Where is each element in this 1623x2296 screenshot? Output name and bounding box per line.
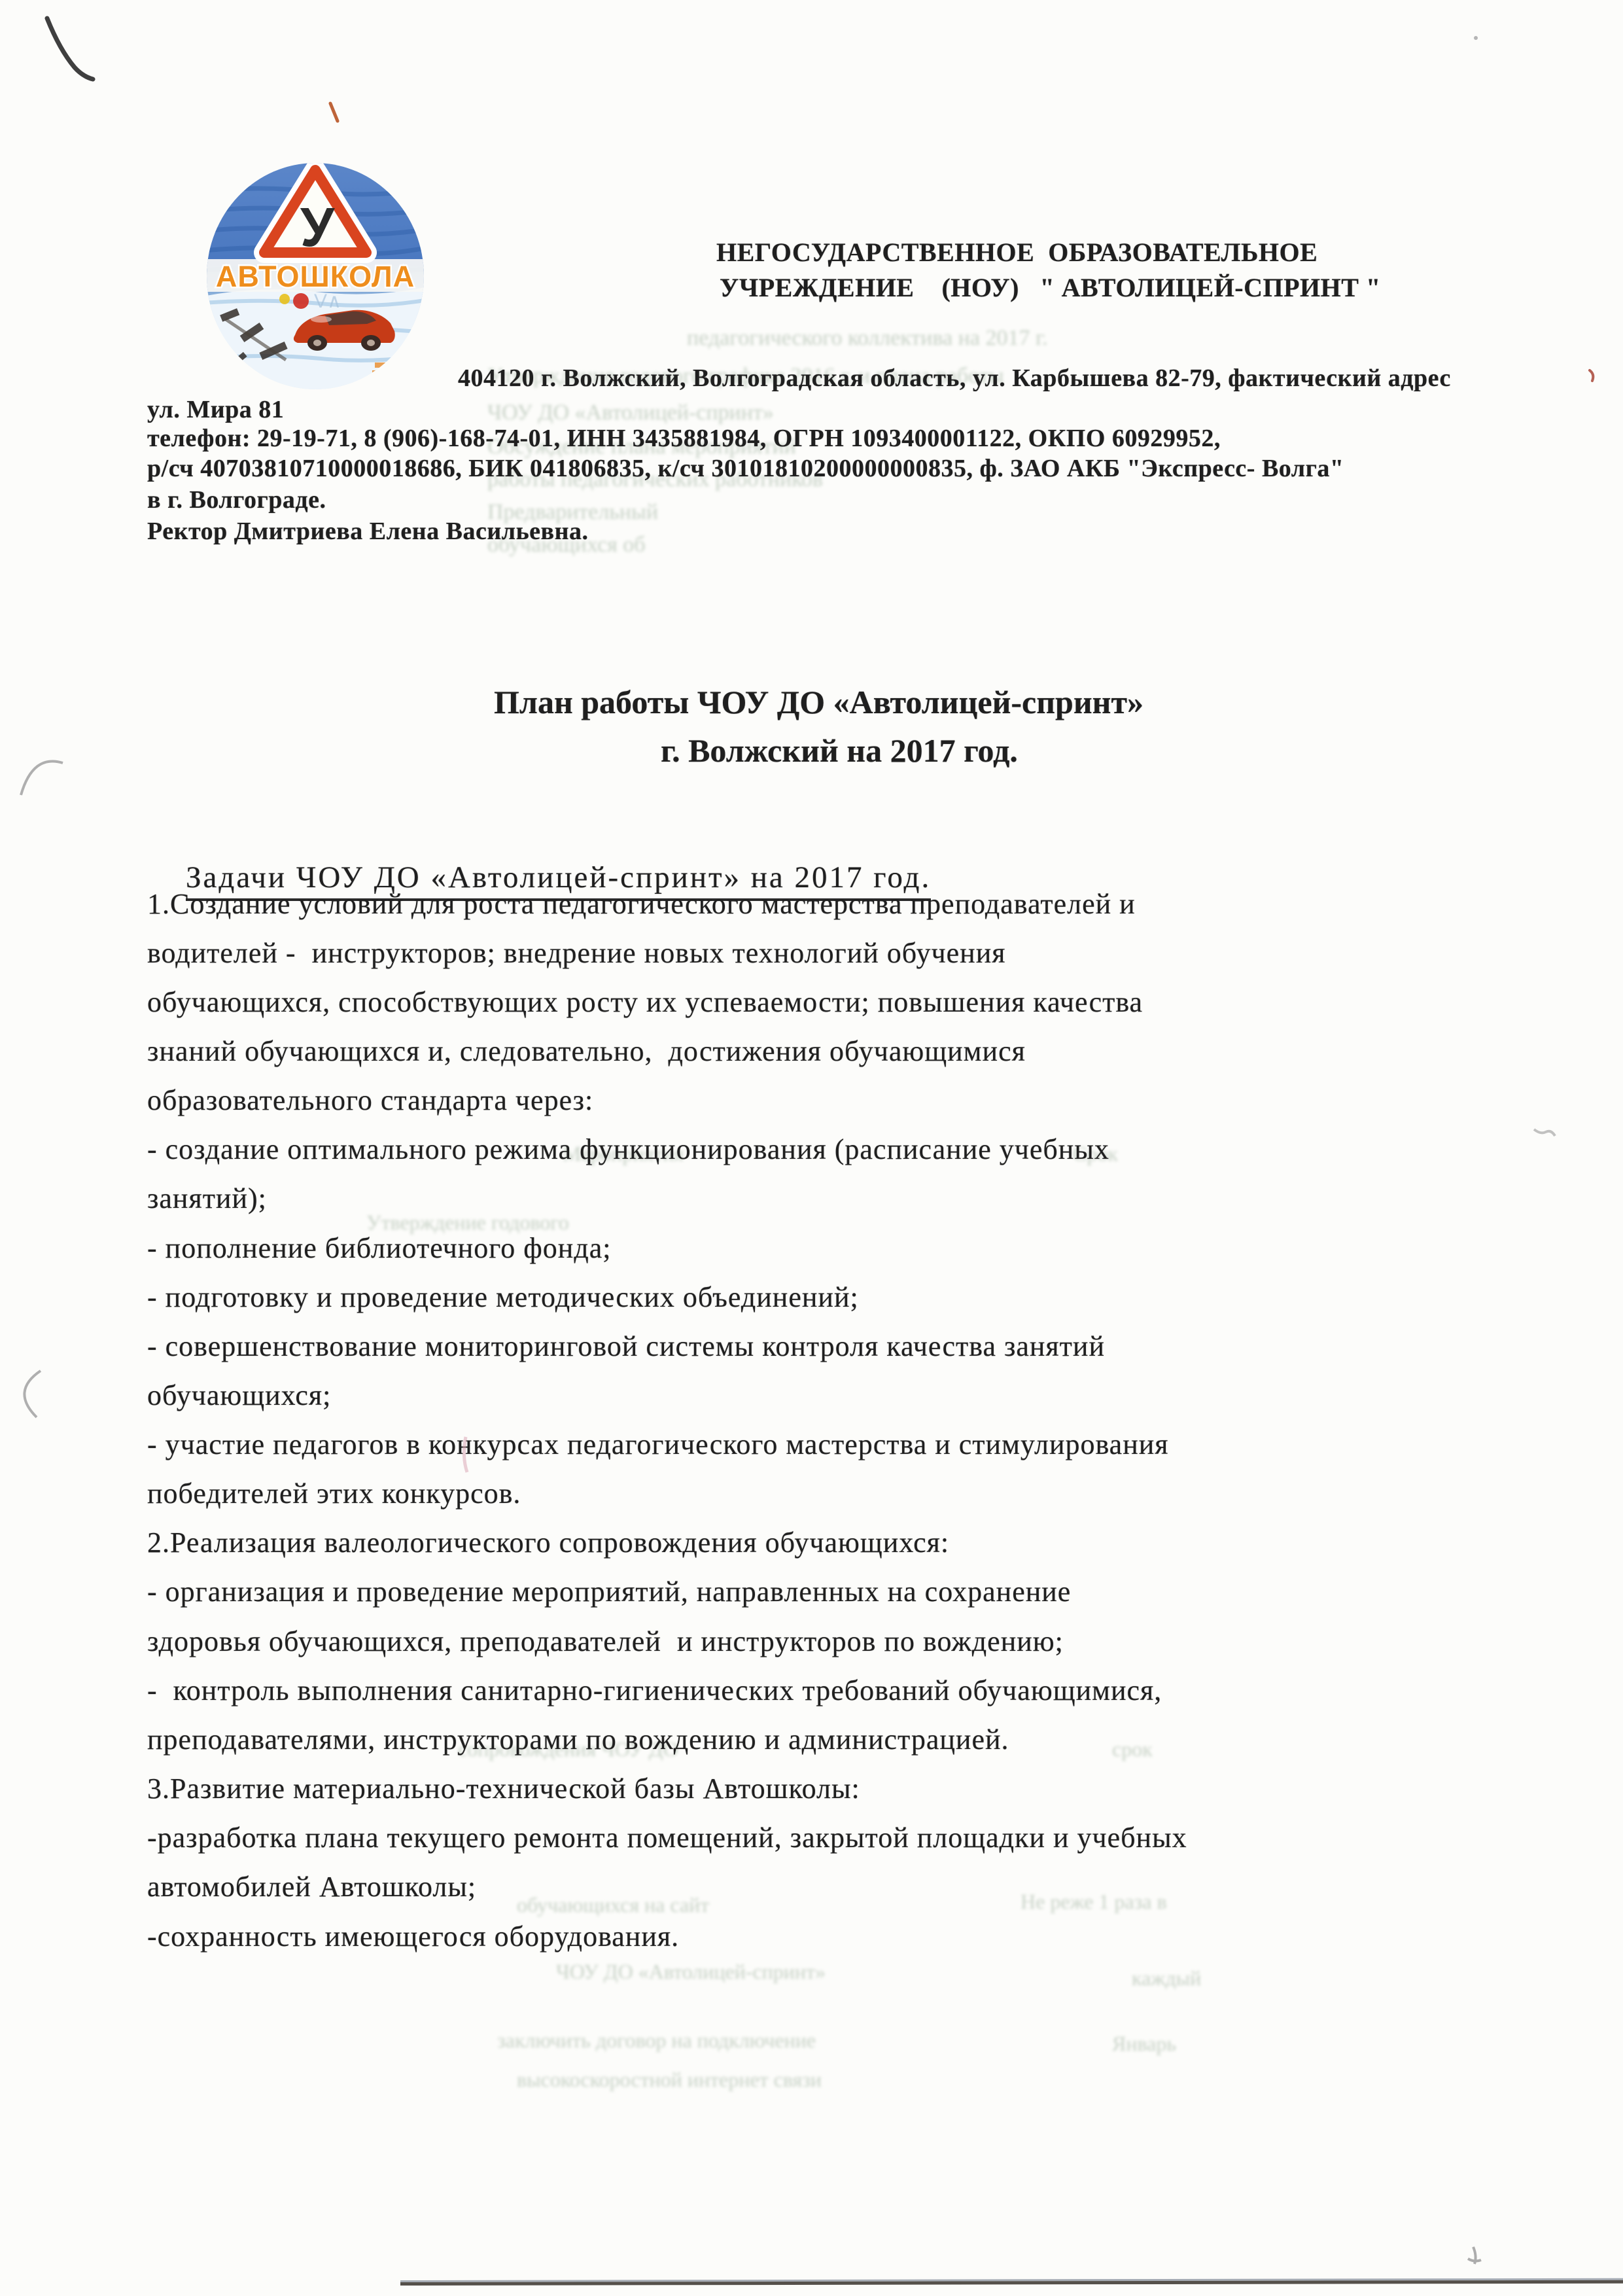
address-line-4: р/сч 40703810710000018686, БИК 041806835…: [147, 454, 1344, 483]
scanned-document-page: педагогического коллектива на 2017 г.Утв…: [0, 0, 1623, 2296]
body-line: водителей - инструкторов; внедрение новы…: [147, 936, 1005, 970]
bleedthrough-text: каждый: [1132, 1966, 1201, 1990]
logo-school-text: АВТОШКОЛА: [216, 260, 415, 293]
bleedthrough-text: обучающихся на сайт: [517, 1893, 709, 1917]
bleedthrough-text: педагогического коллектива на 2017 г.: [687, 326, 1048, 351]
bleedthrough-text: ЧОУ ДО «Автолицей-спринт»: [556, 1960, 826, 1984]
body-line: - пополнение библиотечного фонда;: [147, 1231, 611, 1265]
logo-watermark-letters: V∧: [314, 291, 341, 312]
logo-red-dot: [293, 293, 309, 309]
learner-sign-letter: У: [300, 196, 336, 258]
body-line: 3.Развитие материально-технической базы …: [147, 1772, 860, 1805]
bleedthrough-text: Январь: [1112, 2032, 1176, 2056]
address-line-3: телефон: 29-19-71, 8 (906)-168-74-01, ИН…: [147, 424, 1221, 453]
logo-yellow-dot: [279, 294, 290, 304]
org-name-line2: УЧРЕЖДЕНИЕ (НОУ) " АВТОЛИЦЕЙ-СПРИНТ ": [720, 272, 1381, 303]
body-line: - подготовку и проведение методических о…: [147, 1280, 859, 1314]
body-line: - создание оптимального режима функциони…: [147, 1133, 1109, 1166]
body-line: - участие педагогов в конкурсах педагоги…: [147, 1428, 1169, 1461]
body-line: занятий);: [147, 1182, 267, 1215]
address-line-1: 404120 г. Волжский, Волгоградская област…: [458, 364, 1451, 393]
body-line: автомобилей Автошколы;: [147, 1870, 476, 1903]
bleedthrough-text: ЧОУ ДО «Автолицей-спринт»: [487, 400, 774, 425]
bleedthrough-text: срок: [1112, 1737, 1153, 1761]
body-line: -разработка плана текущего ремонта помещ…: [147, 1821, 1187, 1854]
document-title-line1: План работы ЧОУ ДО «Автолицей-спринт»: [494, 683, 1143, 721]
body-line: обучающихся;: [147, 1379, 331, 1412]
bleedthrough-text: Не реже 1 раза в: [1021, 1890, 1167, 1914]
driving-school-logo: У АВТОШКОЛА V∧: [206, 162, 425, 390]
body-line: знаний обучающихся и, следовательно, дос…: [147, 1034, 1026, 1068]
body-line: здоровья обучающихся, преподавателей и и…: [147, 1625, 1064, 1658]
body-line: преподавателями, инструкторами по вожден…: [147, 1723, 1009, 1756]
bleedthrough-text: заключить договор на подключение: [497, 2028, 816, 2053]
body-line: - контроль выполнения санитарно-гигиенич…: [147, 1674, 1162, 1707]
body-line: образовательного стандарта через:: [147, 1084, 593, 1117]
body-line: -сохранность имеющегося оборудования.: [147, 1920, 679, 1953]
body-line: победителей этих конкурсов.: [147, 1477, 521, 1510]
body-line: - организация и проведение мероприятий, …: [147, 1575, 1071, 1608]
address-line-5: в г. Волгограде.: [147, 486, 326, 514]
rector-line: Ректор Дмитриева Елена Васильевна.: [147, 517, 588, 546]
org-name-line1: НЕГОСУДАРСТВЕННОЕ ОБРАЗОВАТЕЛЬНОЕ: [716, 237, 1318, 268]
document-title-line2: г. Волжский на 2017 год.: [661, 732, 1018, 769]
address-line-2: ул. Мира 81: [147, 395, 284, 424]
body-line: 2.Реализация валеологического сопровожде…: [147, 1526, 949, 1559]
bleedthrough-text: высокоскоростной интернет связи: [517, 2068, 822, 2092]
body-line: обучающихся, способствующих росту их усп…: [147, 985, 1143, 1019]
body-line: 1.Создание условий для роста педагогичес…: [147, 887, 1136, 921]
body-line: - совершенствование мониторинговой систе…: [147, 1330, 1105, 1363]
